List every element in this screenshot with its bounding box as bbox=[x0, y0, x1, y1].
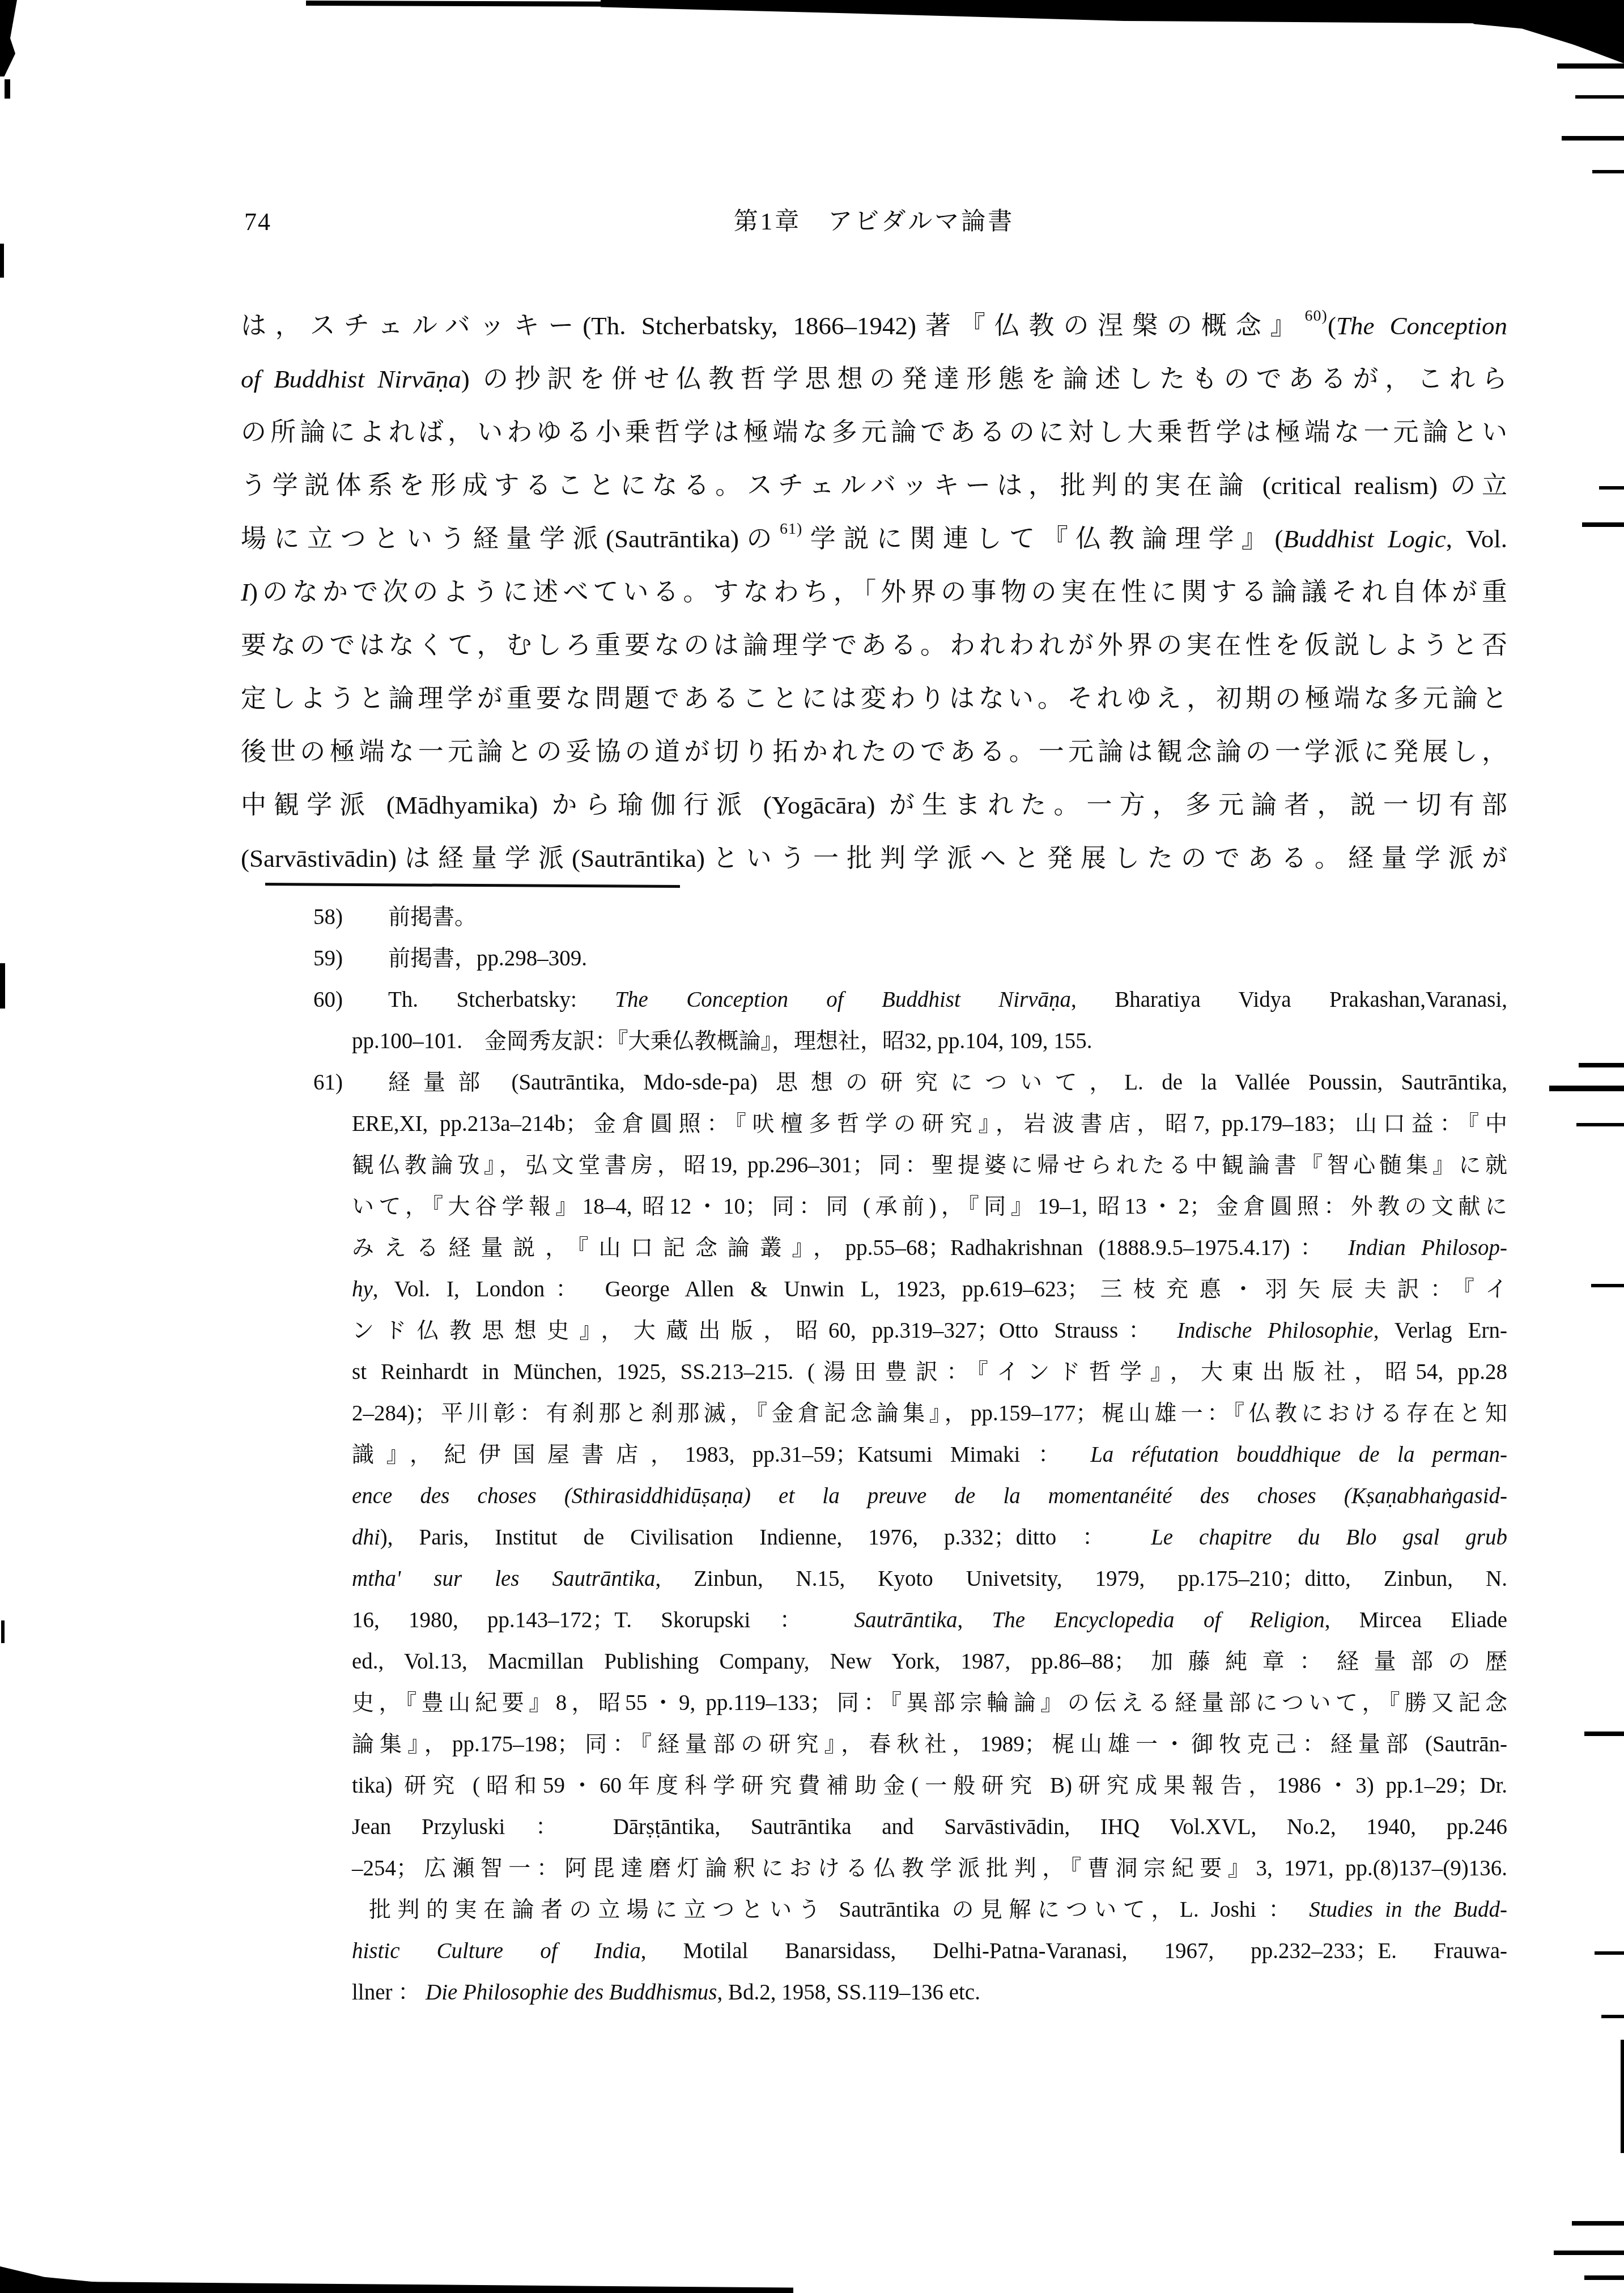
text-run: 批判的実在論者の立場に立つという Sautrāntika の見解について，L. … bbox=[369, 1898, 1309, 1922]
text-run: 前掲書。 bbox=[388, 905, 477, 929]
footnote-number: 61) bbox=[313, 1062, 343, 1103]
footnote-line: 58)前掲書。 bbox=[241, 896, 1507, 938]
text-run: hy bbox=[352, 1277, 373, 1301]
scan-artifact-top-left-dash bbox=[5, 79, 10, 99]
scan-artifact-right-dash bbox=[1562, 136, 1624, 141]
text-run: (Sarvāstivādin)は経量学派(Sautrāntika)という一批判学… bbox=[241, 844, 1507, 873]
body-line: 中観学派 (Mādhyamika) から瑜伽行派 (Yogācāra) が生まれ… bbox=[241, 778, 1507, 832]
scan-artifact-right-dash bbox=[1576, 1123, 1624, 1126]
text-run: histic Culture of India bbox=[352, 1939, 641, 1963]
text-run: ed., Vol.13, Macmillan Publishing Compan… bbox=[352, 1649, 1507, 1674]
scan-artifact-right-dash bbox=[1554, 2251, 1624, 2255]
body-line: I)のなかで次のように述べている。すなわち，「外界の事物の実在性に関する論議それ… bbox=[241, 565, 1507, 619]
text-run: mtha' sur les Sautrāntika bbox=[352, 1567, 655, 1591]
text-run: う学説体系を形成することになる。スチェルバッキーは，批判的実在論 (critic… bbox=[241, 471, 1507, 500]
text-run: , Mircea Eliade bbox=[1325, 1608, 1507, 1632]
text-run: La réfutation bouddhique de la perman- bbox=[1090, 1443, 1507, 1467]
footnote-line: ence des choses (Sthirasiddhidūṣaṇa) et … bbox=[241, 1475, 1507, 1517]
scan-artifact-left-speck bbox=[0, 244, 4, 278]
chapter-header: 第1章 アビダルマ論書 bbox=[241, 205, 1507, 239]
text-run: , Zinbun, N.15, Kyoto Univetsity, 1979, … bbox=[655, 1567, 1507, 1591]
text-run: dhi bbox=[352, 1525, 380, 1550]
text-run: 定しようと論理学が重要な問題であることには変わりはない。それゆえ，初期の極端な多… bbox=[241, 684, 1507, 713]
footnote-marker: 60) bbox=[1305, 307, 1328, 325]
scan-artifact-top-band bbox=[601, 0, 1553, 24]
body-line: 後世の極端な一元論との妥協の道が切り拓かれたのである。一元論は観念論の一学派に発… bbox=[241, 725, 1507, 778]
scan-artifact-right-dash bbox=[1591, 1284, 1624, 1287]
footnote-line: –254；広瀬智一：阿毘達磨灯論釈における仏教学派批判，『曹洞宗紀要』3, 19… bbox=[241, 1848, 1507, 1889]
text-run: ンド仏教思想史』，大蔵出版，昭60, pp.319–327；Otto Strau… bbox=[352, 1318, 1177, 1343]
scan-artifact-right-dash bbox=[1599, 486, 1624, 490]
text-run: ( bbox=[1328, 312, 1336, 340]
body-line: 要なのではなくて，むしろ重要なのは論理学である。われわれが外界の実在性を仮説しよ… bbox=[241, 619, 1507, 672]
footnote-number: 60) bbox=[313, 979, 343, 1020]
text-run: 16, 1980, pp.143–172；T. Skorupski ： bbox=[352, 1608, 854, 1632]
footnote-line: dhi), Paris, Institut de Civilisation In… bbox=[241, 1517, 1507, 1558]
body-line: は，スチェルバッキー(Th. Stcherbatsky, 1866–1942)著… bbox=[241, 299, 1507, 352]
footnote-line: 59)前掲書，pp.298–309. bbox=[241, 938, 1507, 979]
text-run: の所論によれば，いわゆる小乗哲学は極端な多元論であるのに対し大乗哲学は極端な一元… bbox=[241, 418, 1507, 446]
scan-artifact-right-dash bbox=[1572, 2221, 1624, 2226]
footnote-line: Jean Przyluski ： Dārṣṭāntika, Sautrāntik… bbox=[241, 1806, 1507, 1848]
text-run: I bbox=[241, 578, 249, 606]
text-run: 論集』，pp.175–198；同：『経量部の研究』，春秋社，1989；梶山雄一・… bbox=[352, 1732, 1507, 1756]
body-line: of Buddhist Nirvāṇa) の抄訳を併せ仏教哲学思想の発達形態を論… bbox=[241, 352, 1507, 406]
text-run: 中観学派 (Mādhyamika) から瑜伽行派 (Yogācāra) が生まれ… bbox=[241, 791, 1507, 819]
text-run: Studies in the Budd- bbox=[1309, 1898, 1507, 1922]
text-run: , Bd.2, 1958, SS.119–136 etc. bbox=[717, 1980, 980, 2005]
footnote-line: 2–284)；平川彰：有刹那と刹那滅，『金倉記念論集』，pp.159–177；梶… bbox=[241, 1393, 1507, 1434]
text-run: ERE,XI, pp.213a–214b；金倉圓照：『吠檀多哲学の研究』，岩波書… bbox=[352, 1112, 1507, 1136]
footnote-line: いて，『大谷学報』18–4, 昭12・10；同：同 (承前)，『同』19–1, … bbox=[241, 1186, 1507, 1227]
footnote-line: 論集』，pp.175–198；同：『経量部の研究』，春秋社，1989；梶山雄一・… bbox=[241, 1724, 1507, 1765]
footnote-line: st Reinhardt in München, 1925, SS.213–21… bbox=[241, 1351, 1507, 1393]
scan-artifact-left-speck bbox=[0, 963, 5, 1009]
text-run: of Buddhist Nirvāṇa bbox=[241, 365, 461, 393]
text-run: pp.100–101. 金岡秀友訳：『大乗仏教概論』，理想社，昭32, pp.1… bbox=[352, 1029, 1092, 1053]
scan-artifact-left-speck bbox=[1, 1620, 5, 1643]
footnote-number: 59) bbox=[313, 938, 343, 979]
text-run: 2–284)；平川彰：有刹那と刹那滅，『金倉記念論集』，pp.159–177；梶… bbox=[352, 1401, 1507, 1426]
text-run: Le chapitre du Blo gsal grub bbox=[1151, 1525, 1507, 1550]
footnote-line: 批判的実在論者の立場に立つという Sautrāntika の見解について，L. … bbox=[241, 1889, 1507, 1930]
footnote-line: 識』，紀伊国屋書店，1983, pp.31–59；Katsumi Mimaki … bbox=[241, 1434, 1507, 1475]
body-text: は，スチェルバッキー(Th. Stcherbatsky, 1866–1942)著… bbox=[241, 299, 1507, 885]
body-line: 場に立つという経量学派(Sautrāntika)の61)学説に関連して『仏教論理… bbox=[241, 512, 1507, 565]
footnote-line: みえる経量説，『山口記念論叢』，pp.55–68；Radhakrishnan (… bbox=[241, 1227, 1507, 1269]
text-run: ), Paris, Institut de Civilisation Indie… bbox=[380, 1525, 1151, 1550]
footnote-line: hy, Vol. I, London： George Allen & Unwin… bbox=[241, 1269, 1507, 1310]
text-run: , Vol. I, London： George Allen & Unwin L… bbox=[373, 1277, 1507, 1301]
scan-artifact-right-dash bbox=[1595, 1951, 1624, 1955]
text-run: –254；広瀬智一：阿毘達磨灯論釈における仏教学派批判，『曹洞宗紀要』3, 19… bbox=[352, 1856, 1507, 1881]
scan-artifact-right-dash bbox=[1582, 522, 1624, 527]
scan-artifact-right-dash bbox=[1579, 1063, 1624, 1067]
footnote-line: ンド仏教思想史』，大蔵出版，昭60, pp.319–327；Otto Strau… bbox=[241, 1310, 1507, 1351]
footnote-number: 58) bbox=[313, 896, 343, 938]
scan-artifact-right-dash bbox=[1601, 2015, 1624, 2018]
footnote-line: ERE,XI, pp.213a–214b；金倉圓照：『吠檀多哲学の研究』，岩波書… bbox=[241, 1103, 1507, 1145]
text-run: )のなかで次のように述べている。すなわち，「外界の事物の実在性に関する論議それ自… bbox=[249, 578, 1507, 606]
text-run: , bbox=[958, 1608, 992, 1632]
text-run: , Verlag Ern- bbox=[1374, 1318, 1507, 1343]
footnote-line: tika) 研究 (昭和59・60年度科学研究費補助金(一般研究 B)研究成果報… bbox=[241, 1765, 1507, 1806]
text-run: 識』，紀伊国屋書店，1983, pp.31–59；Katsumi Mimaki … bbox=[352, 1443, 1090, 1467]
footnote-line: pp.100–101. 金岡秀友訳：『大乗仏教概論』，理想社，昭32, pp.1… bbox=[241, 1020, 1507, 1062]
text-run: ) の抄訳を併せ仏教哲学思想の発達形態を論述したものであるが，これら bbox=[461, 365, 1507, 393]
text-run: みえる経量説，『山口記念論叢』，pp.55–68；Radhakrishnan (… bbox=[352, 1236, 1348, 1260]
scan-artifact-top-left-streak bbox=[0, 0, 17, 76]
footnote-line: 61)経量部 (Sautrāntika, Mdo-sde-pa) 思想の研究につ… bbox=[241, 1062, 1507, 1103]
text-run: 史，『豊山紀要』8，昭55・9, pp.119–133；同：『異部宗輪論』の伝え… bbox=[352, 1691, 1507, 1715]
text-run: Th. Stcherbatsky: bbox=[388, 988, 615, 1012]
text-run: は，スチェルバッキー(Th. Stcherbatsky, 1866–1942)著… bbox=[241, 312, 1305, 340]
footnote-line: 史，『豊山紀要』8，昭55・9, pp.119–133；同：『異部宗輪論』の伝え… bbox=[241, 1682, 1507, 1724]
body-line: う学説体系を形成することになる。スチェルバッキーは，批判的実在論 (critic… bbox=[241, 459, 1507, 512]
footnote-line: ed., Vol.13, Macmillan Publishing Compan… bbox=[241, 1641, 1507, 1682]
page-number: 74 bbox=[244, 205, 271, 239]
text-run: ence des choses (Sthirasiddhidūṣaṇa) et … bbox=[352, 1484, 1507, 1508]
text-run: 後世の極端な一元論との妥協の道が切り拓かれたのである。一元論は観念論の一学派に発… bbox=[241, 738, 1507, 766]
text-run: , Vol. bbox=[1446, 525, 1507, 553]
footnote-line: 16, 1980, pp.143–172；T. Skorupski ： Saut… bbox=[241, 1599, 1507, 1641]
text-run: , Motilal Banarsidass, Delhi-Patna-Varan… bbox=[641, 1939, 1507, 1963]
text-run: 経量部 (Sautrāntika, Mdo-sde-pa) 思想の研究について，… bbox=[388, 1070, 1507, 1095]
text-run: The Encyclopedia of Religion bbox=[992, 1608, 1325, 1632]
footnote-line: 60)Th. Stcherbatsky: The Conception of B… bbox=[241, 979, 1507, 1020]
text-run: 要なのではなくて，むしろ重要なのは論理学である。われわれが外界の実在性を仮説しよ… bbox=[241, 631, 1507, 660]
scan-artifact-right-sliver bbox=[1621, 2040, 1624, 2153]
scan-artifact-right-dash bbox=[1584, 2275, 1624, 2280]
text-run: 場に立つという経量学派(Sautrāntika)の bbox=[241, 525, 780, 553]
scan-artifact-right-dash bbox=[1575, 95, 1624, 99]
text-run: Buddhist Logic bbox=[1283, 525, 1446, 553]
footnote-line: histic Culture of India, Motilal Banarsi… bbox=[241, 1930, 1507, 1972]
page-header: 74 第1章 アビダルマ論書 bbox=[241, 205, 1507, 245]
text-run: , Bharatiya Vidya Prakashan,Varanasi, bbox=[1071, 988, 1507, 1012]
footnote-marker: 61) bbox=[780, 520, 802, 538]
scanned-page: 74 第1章 アビダルマ論書 は，スチェルバッキー(Th. Stcherbats… bbox=[0, 0, 1624, 2293]
footnotes: 58)前掲書。59)前掲書，pp.298–309.60)Th. Stcherba… bbox=[241, 896, 1507, 2013]
scan-artifact-top-thin-strip bbox=[306, 1, 646, 7]
text-run: The Conception of Buddhist Nirvāṇa bbox=[615, 988, 1071, 1012]
text-run: Jean Przyluski ： Dārṣṭāntika, Sautrāntik… bbox=[352, 1815, 1507, 1839]
text-run: 学説に関連して『仏教論理学』( bbox=[802, 525, 1283, 553]
text-run: llner ： bbox=[352, 1980, 426, 2005]
text-run: Indian Philosop- bbox=[1348, 1236, 1507, 1260]
text-run: 前掲書，pp.298–309. bbox=[388, 946, 587, 971]
text-run: st Reinhardt in München, 1925, SS.213–21… bbox=[352, 1360, 1507, 1384]
body-line: 定しようと論理学が重要な問題であることには変わりはない。それゆえ，初期の極端な多… bbox=[241, 672, 1507, 725]
footnote-line: llner ： Die Philosophie des Buddhismus, … bbox=[241, 1972, 1507, 2013]
scan-artifact-right-dash bbox=[1549, 1086, 1624, 1091]
body-line: (Sarvāstivādin)は経量学派(Sautrāntika)という一批判学… bbox=[241, 832, 1507, 885]
text-run: Indische Philosophie bbox=[1177, 1318, 1374, 1343]
text-run: Die Philosophie des Buddhismus bbox=[426, 1980, 717, 2005]
footnote-line: mtha' sur les Sautrāntika, Zinbun, N.15,… bbox=[241, 1558, 1507, 1599]
footnote-line: 観仏教論攷』，弘文堂書房，昭19, pp.296–301；同：聖提婆に帰せられた… bbox=[241, 1145, 1507, 1186]
scan-artifact-right-dash bbox=[1584, 1732, 1624, 1736]
body-line: の所論によれば，いわゆる小乗哲学は極端な多元論であるのに対し大乗哲学は極端な一元… bbox=[241, 406, 1507, 459]
scan-artifact-bottom-left-corner bbox=[0, 2266, 147, 2293]
scan-artifact-right-dash bbox=[1557, 63, 1624, 69]
text-run: 観仏教論攷』，弘文堂書房，昭19, pp.296–301；同：聖提婆に帰せられた… bbox=[352, 1153, 1507, 1177]
text-run: The Conception bbox=[1336, 312, 1507, 340]
text-run: いて，『大谷学報』18–4, 昭12・10；同：同 (承前)，『同』19–1, … bbox=[352, 1194, 1507, 1219]
scan-artifact-right-dash bbox=[1592, 170, 1624, 173]
scan-artifact-top-right-corner bbox=[1454, 0, 1624, 63]
text-run: tika) 研究 (昭和59・60年度科学研究費補助金(一般研究 B)研究成果報… bbox=[352, 1773, 1507, 1798]
text-run: Sautrāntika bbox=[854, 1608, 958, 1632]
